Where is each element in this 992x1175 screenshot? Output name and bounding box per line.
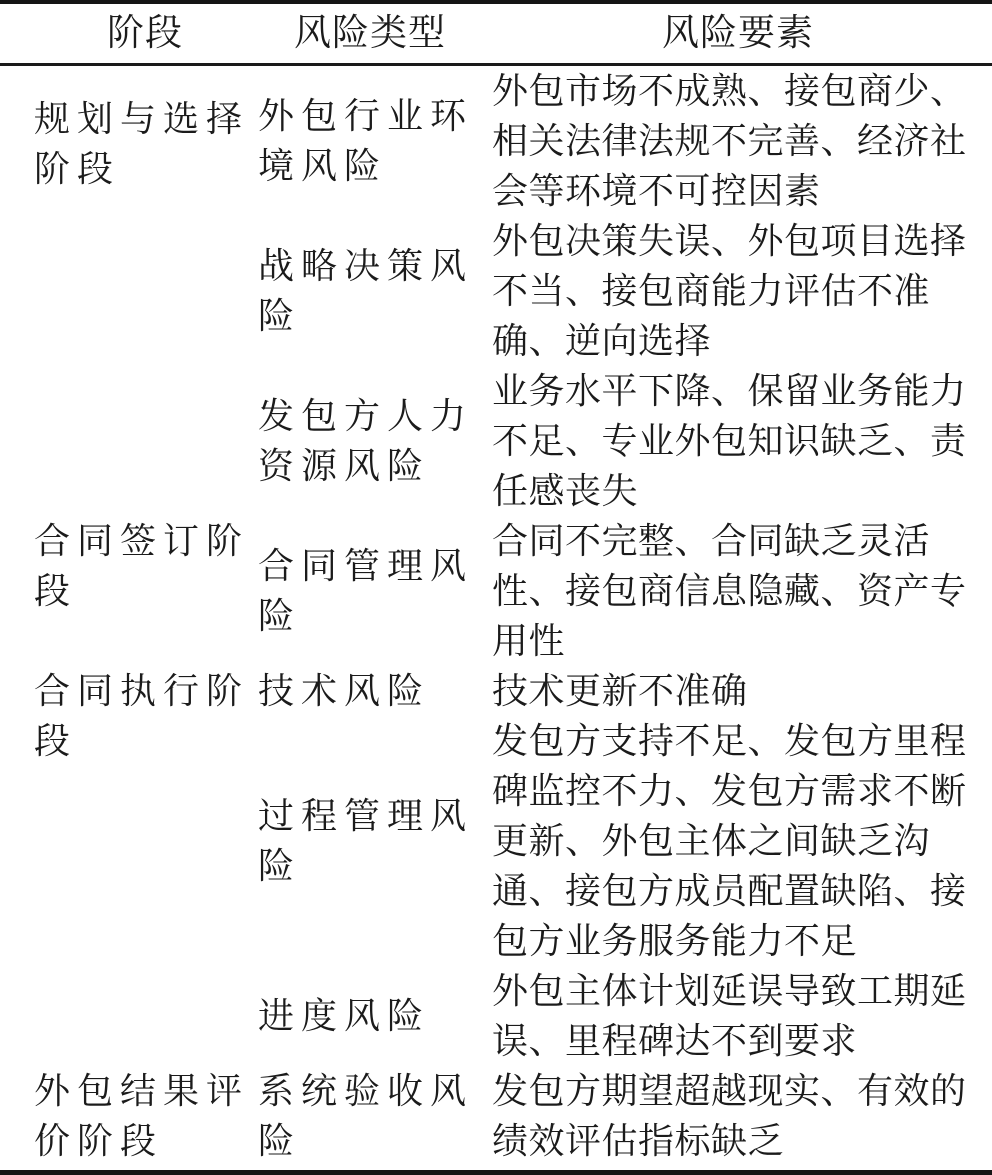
table-row: 合同签订阶段 合同管理风险 合同不完整、合同缺乏灵活性、接包商信息隐藏、资产专用…	[0, 516, 992, 666]
stage-cell: 外包结果评价阶段	[0, 1066, 256, 1173]
risk-type-cell: 进度风险	[256, 966, 484, 1066]
risk-factors-cell: 外包主体计划延误导致工期延误、里程碑达不到要求	[484, 966, 992, 1066]
risk-type-cell: 过程管理风险	[256, 716, 484, 966]
table-row: 规划与选择阶段 外包行业环境风险 外包市场不成熟、接包商少、相关法律法规不完善、…	[0, 65, 992, 217]
column-header-stage: 阶段	[0, 2, 256, 65]
risk-type-cell: 外包行业环境风险	[256, 65, 484, 217]
table-row: 外包结果评价阶段 系统验收风险 发包方期望超越现实、有效的绩效评估指标缺乏	[0, 1066, 992, 1173]
risk-type-cell: 系统验收风险	[256, 1066, 484, 1173]
document-page: 阶段 风险类型 风险要素 规划与选择阶段 外包行业环境风险 外包市场不成熟、接包…	[0, 0, 992, 1175]
risk-factors-cell: 合同不完整、合同缺乏灵活性、接包商信息隐藏、资产专用性	[484, 516, 992, 666]
stage-cell: 合同执行阶段	[0, 666, 256, 1066]
column-header-risk-type: 风险类型	[256, 2, 484, 65]
column-header-risk-factors: 风险要素	[484, 2, 992, 65]
table-header: 阶段 风险类型 风险要素	[0, 2, 992, 65]
risk-factors-cell: 发包方支持不足、发包方里程碑监控不力、发包方需求不断更新、外包主体之间缺乏沟通、…	[484, 716, 992, 966]
risk-type-cell: 合同管理风险	[256, 516, 484, 666]
table-body: 规划与选择阶段 外包行业环境风险 外包市场不成熟、接包商少、相关法律法规不完善、…	[0, 65, 992, 1173]
risk-table: 阶段 风险类型 风险要素 规划与选择阶段 外包行业环境风险 外包市场不成熟、接包…	[0, 0, 992, 1175]
risk-factors-cell: 技术更新不准确	[484, 666, 992, 716]
risk-type-cell: 发包方人力资源风险	[256, 366, 484, 516]
risk-factors-cell: 发包方期望超越现实、有效的绩效评估指标缺乏	[484, 1066, 992, 1173]
risk-type-cell: 战略决策风险	[256, 216, 484, 366]
table-row: 合同执行阶段 技术风险 技术更新不准确	[0, 666, 992, 716]
risk-factors-cell: 外包市场不成熟、接包商少、相关法律法规不完善、经济社会等环境不可控因素	[484, 65, 992, 217]
risk-factors-cell: 业务水平下降、保留业务能力不足、专业外包知识缺乏、责任感丧失	[484, 366, 992, 516]
stage-cell: 规划与选择阶段	[0, 65, 256, 517]
risk-factors-cell: 外包决策失误、外包项目选择不当、接包商能力评估不准确、逆向选择	[484, 216, 992, 366]
stage-cell: 合同签订阶段	[0, 516, 256, 666]
header-row: 阶段 风险类型 风险要素	[0, 2, 992, 65]
risk-type-cell: 技术风险	[256, 666, 484, 716]
